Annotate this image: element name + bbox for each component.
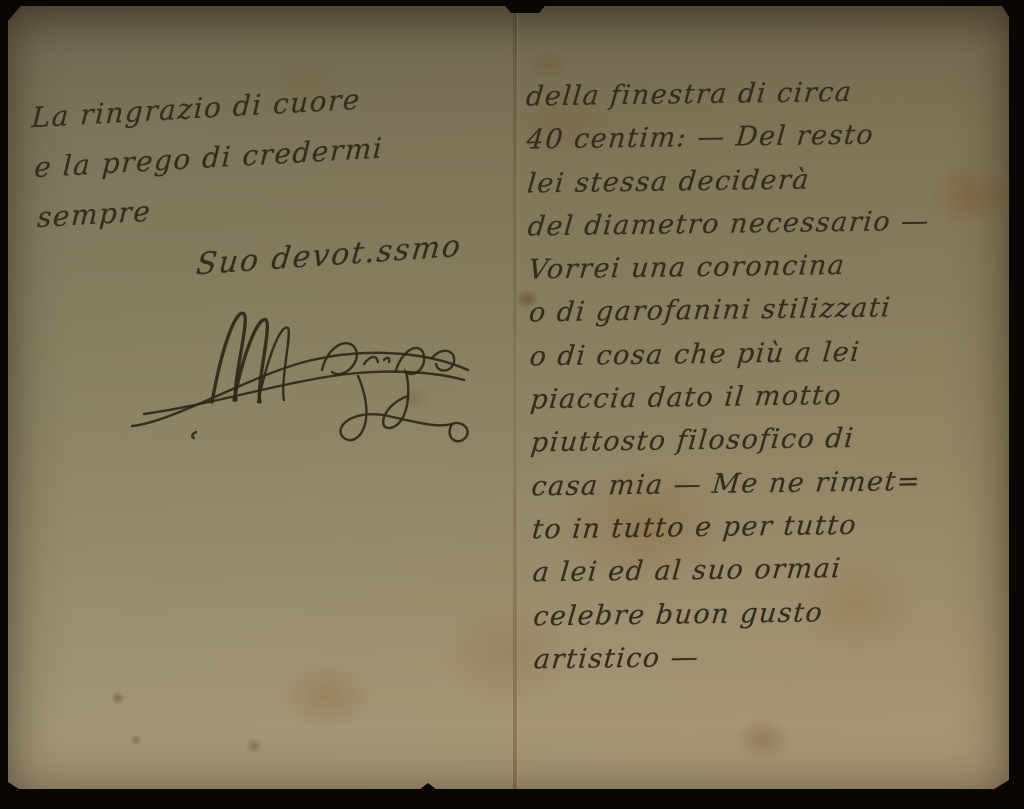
handwritten-line: o di garofanini stilizzati — [527, 285, 1023, 335]
handwritten-line: lei stessa deciderà — [525, 155, 1021, 205]
signature — [126, 274, 486, 459]
letter-paper: La ringrazio di cuore e la prego di cred… — [8, 6, 1009, 789]
handwritten-line: casa mia — Me ne rimet= — [530, 458, 1024, 508]
handwritten-line: piuttosto filosofico di — [529, 415, 1024, 465]
right-page: della finestra di circa 40 centim: — Del… — [526, 69, 1024, 682]
scan-canvas: { "document": { "kind": "handwritten-let… — [0, 0, 1024, 809]
handwritten-line: a lei ed al suo ormai — [531, 545, 1024, 595]
center-fold-crease — [513, 6, 517, 789]
handwritten-line: celebre buon gusto — [531, 588, 1024, 638]
handwritten-line: Vorrei una coroncina — [527, 242, 1023, 292]
signature-flourish-icon — [126, 274, 486, 459]
handwritten-line: della finestra di circa — [524, 69, 1020, 119]
left-page: La ringrazio di cuore e la prego di cred… — [30, 67, 508, 243]
handwritten-line: o di cosa che più a lei — [528, 328, 1024, 378]
handwritten-line: 40 centim: — Del resto — [525, 112, 1021, 162]
handwritten-line: artistico — — [532, 631, 1024, 681]
handwritten-line: del diametro necessario — — [526, 198, 1022, 248]
handwritten-line: to in tutto e per tutto — [530, 501, 1024, 551]
handwritten-line: piaccia dato il motto — [528, 372, 1024, 422]
